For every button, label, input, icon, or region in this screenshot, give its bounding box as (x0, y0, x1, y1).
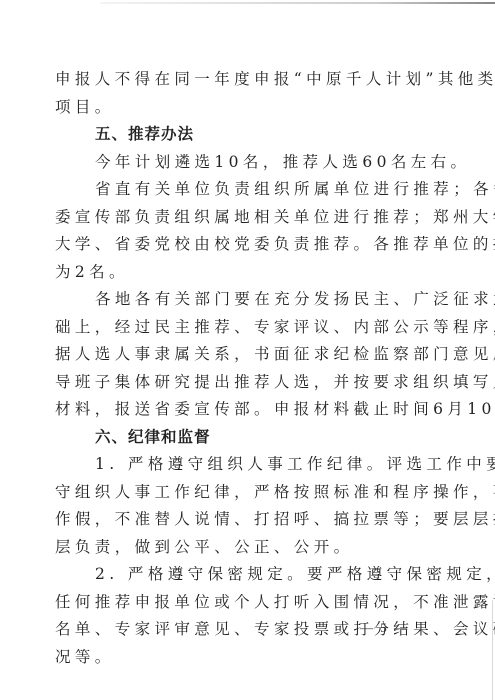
paragraph-procedure-line: 材料，报送省委宣传部。申报材料截止时间6月10日。 (55, 396, 423, 424)
scan-edge-right (492, 600, 493, 700)
body-text-line: 申报人不得在同一年度申报“中原千人计划”其他类别的 (55, 66, 423, 94)
paragraph-discipline-1-line: 守组织人事工作纪律，严格按照标准和程序操作，不准弄虚 (55, 479, 423, 507)
paragraph-procedure-line: 据人选人事隶属关系，书面征求纪检监察部门意见后，由领 (55, 341, 423, 369)
paragraph-procedure-line: 各地各有关部门要在充分发扬民主、广泛征求意见的基 (55, 286, 423, 314)
paragraph-units-line: 大学、省委党校由校党委负责推荐。各推荐单位的推荐名额 (55, 231, 423, 259)
scan-edge-top (100, 2, 495, 4)
paragraph-procedure-line: 导班子集体研究提出推荐人选，并按要求组织填写人选推荐 (55, 369, 423, 397)
paragraph-discipline-1-line: 1. 严格遵守组织人事工作纪律。评选工作中要严格遵 (55, 451, 423, 479)
paragraph-units-line: 省直有关单位负责组织所属单位进行推荐；各省辖市党 (55, 176, 423, 204)
section-heading-recommendation-method: 五、推荐办法 (55, 121, 423, 149)
paragraph-confidentiality-line: 任何推荐申报单位或个人打听入围情况，不准泄露评审专家 (55, 589, 423, 617)
paragraph-discipline-1-line: 层负责，做到公平、公正、公开。 (55, 534, 423, 562)
paragraph-confidentiality-line: 况等。 (55, 644, 423, 672)
paragraph-units-line: 为2名。 (55, 259, 423, 287)
paragraph-units-line: 委宣传部负责组织属地相关单位进行推荐；郑州大学、河南 (55, 204, 423, 232)
page-number: — 5 — (360, 620, 409, 636)
paragraph-confidentiality-line: 2. 严格遵守保密规定。要严格遵守保密规定，不准为 (55, 561, 423, 589)
paragraph-discipline-1-line: 作假，不准替人说情、打招呼、搞拉票等；要层层把关、层 (55, 506, 423, 534)
section-heading-discipline: 六、纪律和监督 (55, 424, 423, 452)
paragraph-procedure-line: 础上，经过民主推荐、专家评议、内部公示等程序，同时根 (55, 314, 423, 342)
body-text-line: 项目。 (55, 94, 423, 122)
document-page: 申报人不得在同一年度申报“中原千人计划”其他类别的 项目。 五、推荐办法 今年计… (55, 66, 423, 671)
paragraph-quota: 今年计划遴选10名，推荐人选60名左右。 (55, 149, 423, 177)
